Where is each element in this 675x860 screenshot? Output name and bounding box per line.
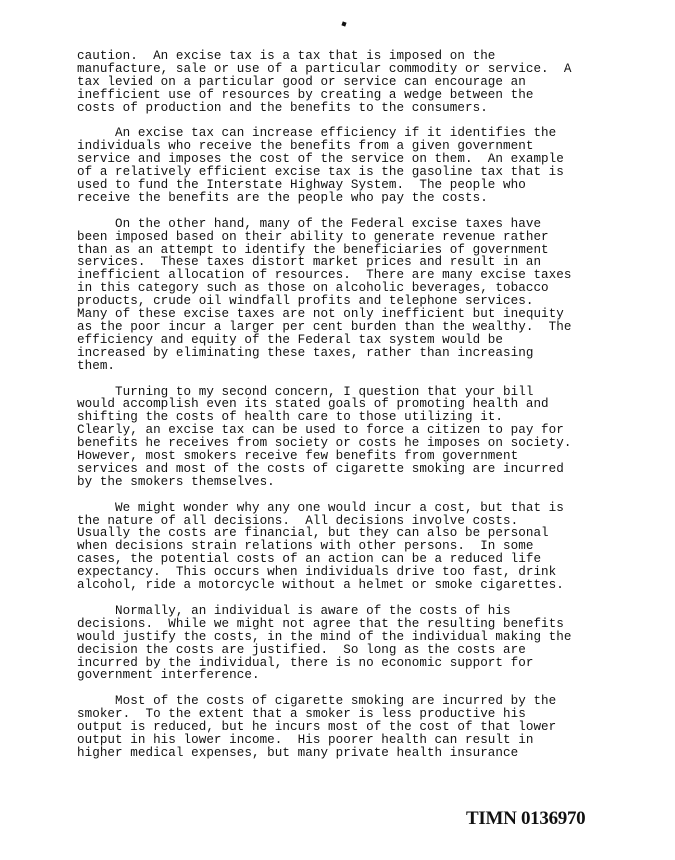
paragraph: We might wonder why any one would incur … (77, 502, 637, 592)
text-line: receive the benefits are the people who … (77, 192, 637, 205)
text-line: decisions. While we might not agree that… (77, 618, 637, 631)
paragraph: Turning to my second concern, I question… (77, 386, 637, 489)
body-text: caution. An excise tax is a tax that is … (77, 50, 637, 773)
text-line: them. (77, 360, 637, 373)
text-line: decision the costs are justified. So lon… (77, 644, 637, 657)
text-line: been imposed based on their ability to g… (77, 231, 637, 244)
text-line: inefficient use of resources by creating… (77, 89, 637, 102)
text-line: We might wonder why any one would incur … (77, 502, 637, 515)
text-line: higher medical expenses, but many privat… (77, 747, 637, 760)
text-line: Normally, an individual is aware of the … (77, 605, 637, 618)
text-line: by the smokers themselves. (77, 476, 637, 489)
text-line: services and most of the costs of cigare… (77, 463, 637, 476)
paragraph: Most of the costs of cigarette smoking a… (77, 695, 637, 760)
text-line: On the other hand, many of the Federal e… (77, 218, 637, 231)
text-line: alcohol, ride a motorcycle without a hel… (77, 579, 637, 592)
text-line: efficiency and equity of the Federal tax… (77, 334, 637, 347)
document-page: caution. An excise tax is a tax that is … (0, 0, 675, 860)
bates-number: TIMN 0136970 (466, 808, 585, 830)
text-line: output is reduced, but he incurs most of… (77, 721, 637, 734)
paragraph: Normally, an individual is aware of the … (77, 605, 637, 682)
scan-speck (341, 21, 346, 26)
text-line: caution. An excise tax is a tax that is … (77, 50, 637, 63)
text-line: would justify the costs, in the mind of … (77, 631, 637, 644)
text-line: output in his lower income. His poorer h… (77, 734, 637, 747)
text-line: increased by eliminating these taxes, ra… (77, 347, 637, 360)
text-line: government interference. (77, 669, 637, 682)
text-line: tax levied on a particular good or servi… (77, 76, 637, 89)
paragraph: caution. An excise tax is a tax that is … (77, 50, 637, 115)
paragraph: An excise tax can increase efficiency if… (77, 127, 637, 204)
text-line: manufacture, sale or use of a particular… (77, 63, 637, 76)
text-line: as the poor incur a larger per cent burd… (77, 321, 637, 334)
paragraph: On the other hand, many of the Federal e… (77, 218, 637, 373)
text-line: costs of production and the benefits to … (77, 102, 637, 115)
